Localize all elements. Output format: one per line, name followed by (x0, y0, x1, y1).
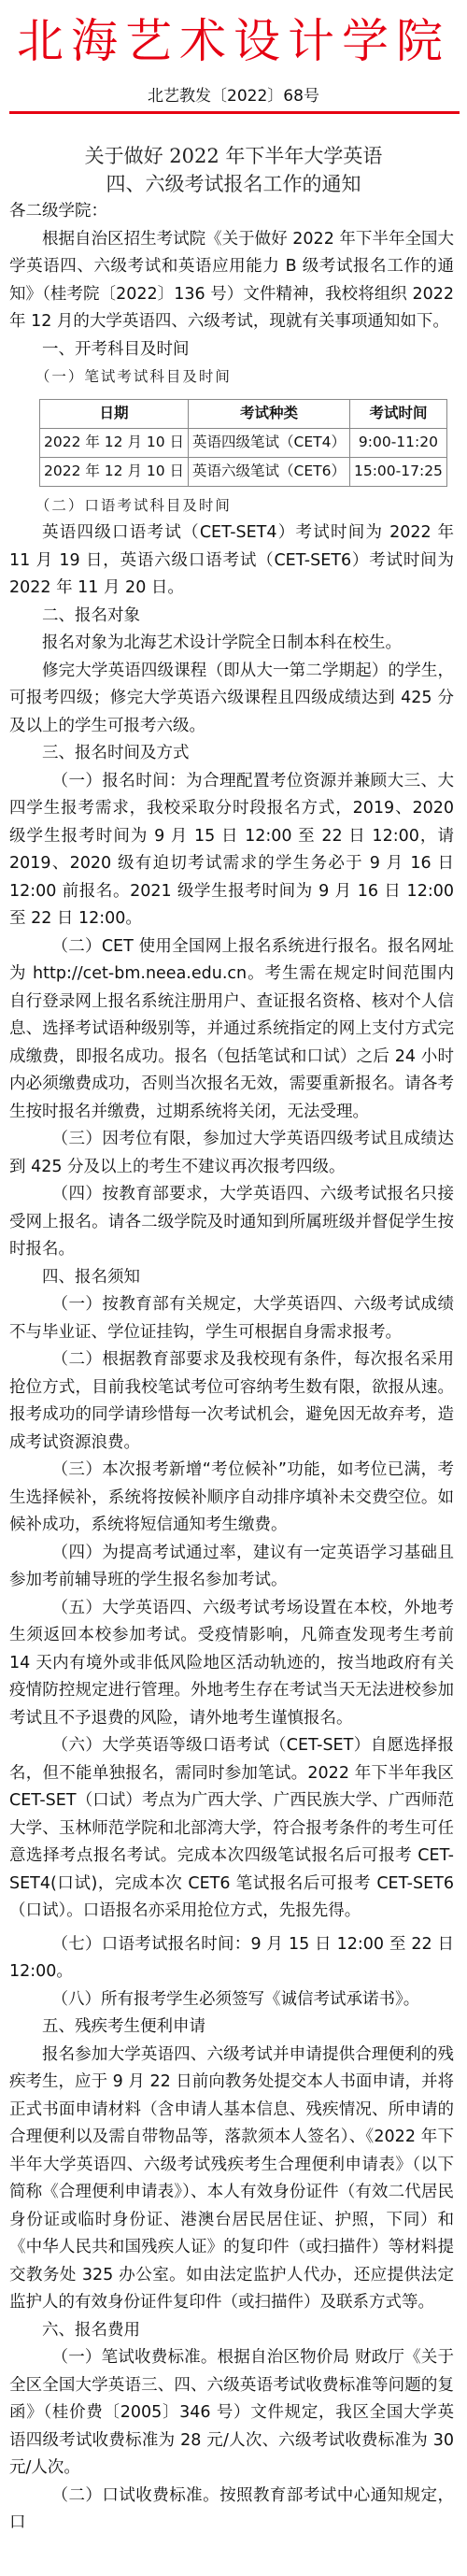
section-heading-3: 三、报名时间及方式 (9, 740, 454, 768)
notice-document: 北海艺术设计学院 北艺教发〔2022〕68号 关于做好 2022 年下半年大学英… (0, 0, 467, 2538)
exam-schedule-table: 日期 考试种类 考试时间 2022 年 12 月 10 日 英语四级笔试（CET… (39, 399, 447, 487)
section-heading-2: 二、报名对象 (9, 603, 454, 631)
salutation: 各二级学院： (9, 198, 454, 226)
cell-exam-type: 英语四级笔试（CET4） (189, 428, 350, 457)
document-title: 关于做好 2022 年下半年大学英语 四、六级考试报名工作的通知 (0, 142, 467, 198)
fee-item-2: （二）口试收费标准。按照教育部考试中心通知规定，口 (9, 2483, 454, 2538)
col-header-exam-type: 考试种类 (189, 399, 350, 428)
document-body: 各二级学院： 根据自治区招生考试院《关于做好 2022 年下半年全国大学英语四、… (0, 198, 467, 2538)
col-header-date: 日期 (40, 399, 189, 428)
title-line-2: 四、六级考试报名工作的通知 (0, 170, 467, 198)
section-heading-6: 六、报名费用 (9, 2317, 454, 2345)
registration-item-4: （四）按教育部要求，大学英语四、六级考试报名只接受网上报名。请各二级学院及时通知… (9, 1181, 454, 1264)
document-number: 北艺教发〔2022〕68号 (0, 84, 467, 108)
title-line-1: 关于做好 2022 年下半年大学英语 (0, 142, 467, 170)
subsection-heading-written: （一）笔试考试科目及时间 (9, 363, 454, 391)
notice-item-3: （三）本次报考新增“考位候补”功能，如考位已满，考生选择候补，系统将按候补顺序自… (9, 1457, 454, 1540)
table-header-row: 日期 考试种类 考试时间 (40, 399, 447, 428)
notice-item-4: （四）为提高考试通过率，建议有一定英语学习基础且参加考前辅导班的学生报名参加考试… (9, 1540, 454, 1595)
notice-item-8: （八）所有报考学生必须签写《诚信考试承诺书》。 (9, 1986, 454, 2014)
section-heading-5: 五、残疾考生便利申请 (9, 2014, 454, 2042)
col-header-exam-time: 考试时间 (349, 399, 446, 428)
fee-item-1: （一）笔试收费标准。根据自治区物价局 财政厅《关于全区全国大学英语三、四、六级英… (9, 2344, 454, 2483)
cell-exam-time: 15:00-17:25 (349, 457, 446, 486)
cell-date: 2022 年 12 月 10 日 (40, 457, 189, 486)
notice-item-5: （五）大学英语四、六级考试考场设置在本校，外地考生须返回本校参加考试。受疫情影响… (9, 1595, 454, 1733)
registration-item-1: （一）报名时间：为合理配置考位资源并兼顾大三、大四学生报考需求，我校采取分时段报… (9, 768, 454, 933)
notice-item-6: （六）大学英语等级口语考试（CET-SET）自愿选择报名，但不能单独报名，需同时… (9, 1732, 454, 1926)
cell-date: 2022 年 12 月 10 日 (40, 428, 189, 457)
exam-schedule-table-wrap: 日期 考试种类 考试时间 2022 年 12 月 10 日 英语四级笔试（CET… (9, 391, 454, 492)
table-row: 2022 年 12 月 10 日 英语四级笔试（CET4） 9:00-11:20 (40, 428, 447, 457)
cell-exam-type: 英语六级笔试（CET6） (189, 457, 350, 486)
registration-item-3: （三）因考位有限，参加过大学英语四级考试且成绩达到 425 分及以上的考生不建议… (9, 1126, 454, 1181)
notice-item-2: （二）根据教育部要求及我校现有条件，每次报名采用抢位方式，目前我校笔试考位可容纳… (9, 1346, 454, 1457)
notice-item-7: （七）口语考试报名时间：9 月 15 日 12:00 至 22 日 12:00。 (9, 1931, 454, 1986)
red-divider (9, 111, 460, 114)
org-name-header: 北海艺术设计学院 (0, 0, 467, 73)
eligibility-paragraph-1: 报名对象为北海艺术设计学院全日制本科在校生。 (9, 630, 454, 658)
cell-exam-time: 9:00-11:20 (349, 428, 446, 457)
registration-item-2: （二）CET 使用全国网上报名系统进行报名。报名网址为 http://cet-b… (9, 933, 454, 1127)
intro-paragraph: 根据自治区招生考试院《关于做好 2022 年下半年全国大学英语四、六级考试和英语… (9, 226, 454, 336)
section-heading-1: 一、开考科目及时间 (9, 336, 454, 364)
disability-paragraph: 报名参加大学英语四、六级考试并申请提供合理便利的残疾考生，应于 9 月 22 日… (9, 2042, 454, 2317)
table-row: 2022 年 12 月 10 日 英语六级笔试（CET6） 15:00-17:2… (40, 457, 447, 486)
oral-exam-paragraph: 英语四级口语考试（CET-SET4）考试时间为 2022 年 11 月 19 日… (9, 519, 454, 603)
section-heading-4: 四、报名须知 (9, 1264, 454, 1292)
notice-item-1: （一）按教育部有关规定，大学英语四、六级考试成绩不与毕业证、学位证挂钩，学生可根… (9, 1291, 454, 1346)
subsection-heading-oral: （二）口语考试科目及时间 (9, 492, 454, 520)
eligibility-paragraph-2: 修完大学英语四级课程（即从大一第二学期起）的学生，可报考四级；修完大学英语六级课… (9, 658, 454, 741)
